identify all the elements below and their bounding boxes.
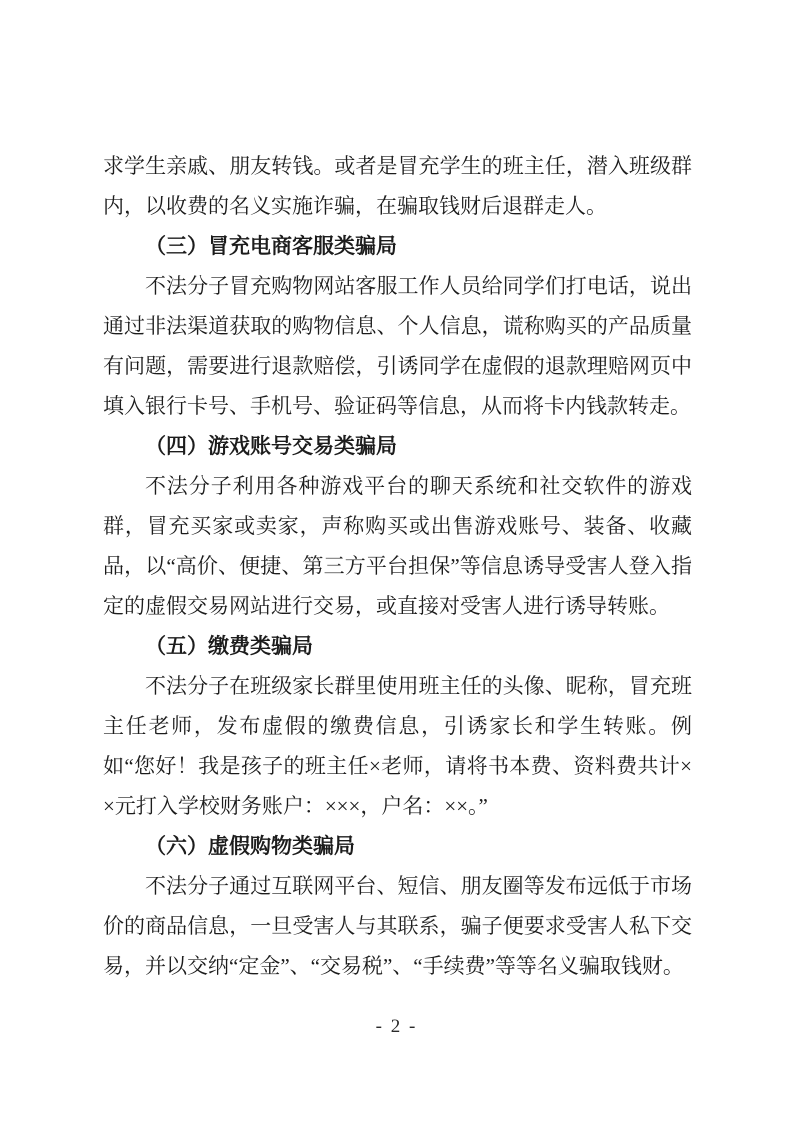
page-number: - 2 - <box>0 1014 793 1040</box>
document-body: 求学生亲戚、朋友转钱。或者是冒充学生的班主任，潜入班级群内，以收费的名义实施诈骗… <box>103 146 692 986</box>
continued-paragraph: 求学生亲戚、朋友转钱。或者是冒充学生的班主任，潜入班级群内，以收费的名义实施诈骗… <box>103 146 692 226</box>
section-4-paragraph: 不法分子利用各种游戏平台的聊天系统和社交软件的游戏群，冒充买家或卖家，声称购买或… <box>103 466 692 626</box>
section-6-paragraph: 不法分子通过互联网平台、短信、朋友圈等发布远低于市场价的商品信息，一旦受害人与其… <box>103 866 692 986</box>
section-heading-3: （三）冒充电商客服类骗局 <box>103 226 692 266</box>
section-5-paragraph: 不法分子在班级家长群里使用班主任的头像、昵称，冒充班主任老师，发布虚假的缴费信息… <box>103 666 692 826</box>
document-page: 求学生亲戚、朋友转钱。或者是冒充学生的班主任，潜入班级群内，以收费的名义实施诈骗… <box>0 0 793 1122</box>
section-3-paragraph: 不法分子冒充购物网站客服工作人员给同学们打电话，说出通过非法渠道获取的购物信息、… <box>103 266 692 426</box>
section-heading-6: （六）虚假购物类骗局 <box>103 826 692 866</box>
section-heading-4: （四）游戏账号交易类骗局 <box>103 426 692 466</box>
section-heading-5: （五）缴费类骗局 <box>103 626 692 666</box>
